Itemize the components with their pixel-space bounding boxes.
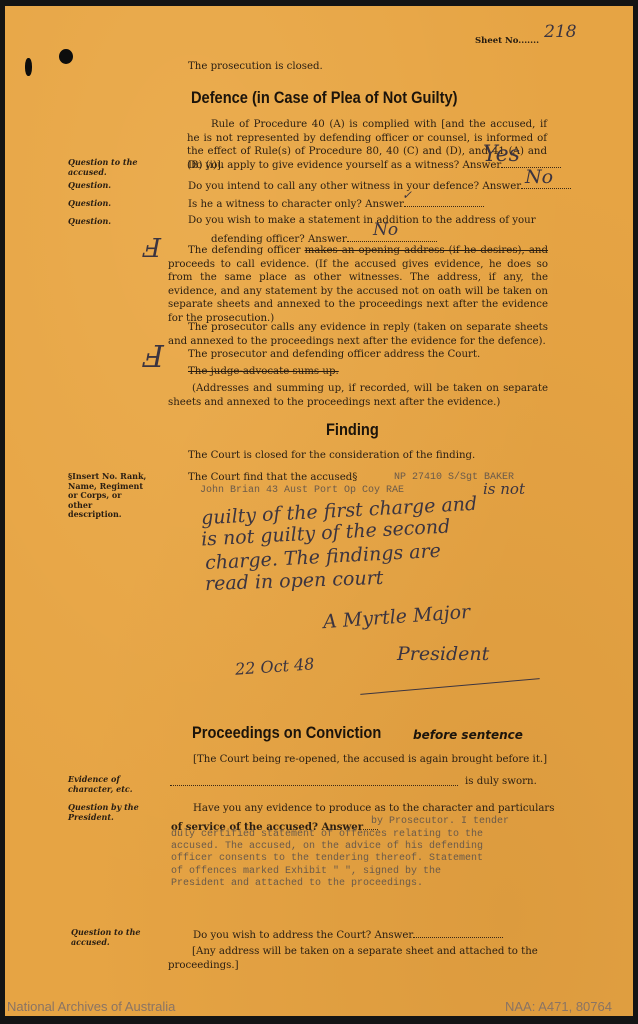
addresses-note: (Addresses and summing up, if recorded, …	[168, 382, 548, 409]
margin-question: Question.	[68, 217, 111, 227]
initials-handwritten: Ⅎ	[143, 340, 164, 375]
court-closed: The Court is closed for the consideratio…	[188, 449, 475, 463]
question-text: Is he a witness to character only? Answe…	[188, 199, 404, 210]
conviction-title-suffix: before sentence	[413, 728, 523, 742]
margin-question-accused: Question to the accused.	[68, 158, 148, 177]
prosecutor-reply: The prosecutor calls any evidence in rep…	[168, 321, 548, 348]
struck-text: makes an opening address (if he desires)…	[305, 245, 548, 256]
typed-answer-first: by Prosecutor. I tender	[371, 816, 509, 828]
insert-margin-note: §Insert No. Rank, Name, Regiment or Corp…	[68, 472, 148, 520]
answer-no-handwritten: No	[525, 166, 553, 188]
question-text: Do you apply to give evidence yourself a…	[188, 160, 501, 171]
typed-line: officer consents to the tendering thereo…	[171, 853, 483, 865]
question-text: Do you wish to address the Court? Answer	[193, 930, 413, 941]
text: The defending officer	[168, 245, 301, 256]
answer-line	[404, 196, 484, 207]
president-margin-note: Question by the President.	[68, 803, 148, 822]
defending-officer-paragraph: The defending officer makes an opening a…	[168, 244, 548, 326]
archive-reference: NAA: A471, 80764	[505, 999, 612, 1014]
punch-hole	[59, 49, 73, 64]
question-statement: Do you wish to make a statement in addit…	[188, 214, 548, 228]
question-text: Do you intend to call any other witness …	[188, 181, 521, 192]
defence-heading: Defence (in Case of Plea of Not Guilty)	[191, 88, 457, 108]
address-margin-note: Question to the accused.	[71, 928, 151, 947]
conviction-heading: Proceedings on Conviction	[192, 723, 412, 743]
handwritten-is-not: is not	[483, 480, 525, 498]
court-reopened: [The Court being re-opened, the accused …	[193, 753, 547, 767]
initials-handwritten: Ⅎ	[143, 234, 161, 264]
text: proceeds to call evidence. (If the accus…	[168, 259, 548, 324]
sheet-number: Sheet No....... 218	[475, 28, 577, 48]
president-title-handwritten: President	[397, 643, 489, 665]
conviction-title: Proceedings on Conviction	[192, 723, 381, 743]
typed-line: of offences marked Exhibit " ", signed b…	[171, 866, 483, 878]
judge-advocate-struck: The judge-advocate sums up.	[188, 365, 339, 379]
witness-name-line	[170, 785, 458, 786]
typed-line: duly certified statement of offences rel…	[171, 829, 483, 841]
sheet-number-handwritten: 218	[544, 22, 576, 42]
answer-line	[413, 927, 503, 938]
answer-no-handwritten: No	[373, 220, 398, 240]
finding-date-handwritten: 22 Oct 48	[234, 654, 315, 678]
answer-tick-handwritten: ✓	[402, 188, 412, 202]
court-find-text: The Court find that the accused§	[188, 471, 357, 485]
typed-line: accused. The accused, on the advice of h…	[171, 841, 483, 853]
address-court: The prosecutor and defending officer add…	[188, 348, 480, 362]
typed-accused-line2: John Brian 43 Aust Port Op Coy RAE	[200, 485, 404, 497]
margin-question: Question.	[68, 181, 111, 191]
margin-question: Question.	[68, 199, 111, 209]
punch-hole	[25, 58, 32, 76]
president-signature: A Myrtle Major	[322, 601, 470, 633]
archive-watermark-left: National Archives of Australia	[7, 999, 175, 1014]
question-character-only: Is he a witness to character only? Answe…	[188, 196, 484, 212]
answer-yes-handwritten: Yes	[483, 142, 520, 167]
typed-answer-block: duly certified statement of offences rel…	[171, 829, 483, 890]
duly-sworn-text: is duly sworn.	[465, 775, 537, 789]
question-other-witness: Do you intend to call any other witness …	[188, 178, 571, 194]
signature-underline	[360, 678, 539, 695]
address-note: [Any address will be taken on a separate…	[168, 945, 558, 972]
address-court-question: Do you wish to address the Court? Answer	[193, 927, 503, 943]
finding-heading: Finding	[326, 420, 379, 440]
typed-line: President and attached to the proceeding…	[171, 878, 483, 890]
president-question: Have you any evidence to produce as to t…	[193, 802, 555, 816]
prosecution-closed: The prosecution is closed.	[188, 60, 323, 74]
document-page: Sheet No....... 218 The prosecution is c…	[5, 6, 633, 1016]
sheet-label: Sheet No.......	[475, 36, 539, 46]
evidence-margin-note: Evidence of character, etc.	[68, 775, 148, 794]
